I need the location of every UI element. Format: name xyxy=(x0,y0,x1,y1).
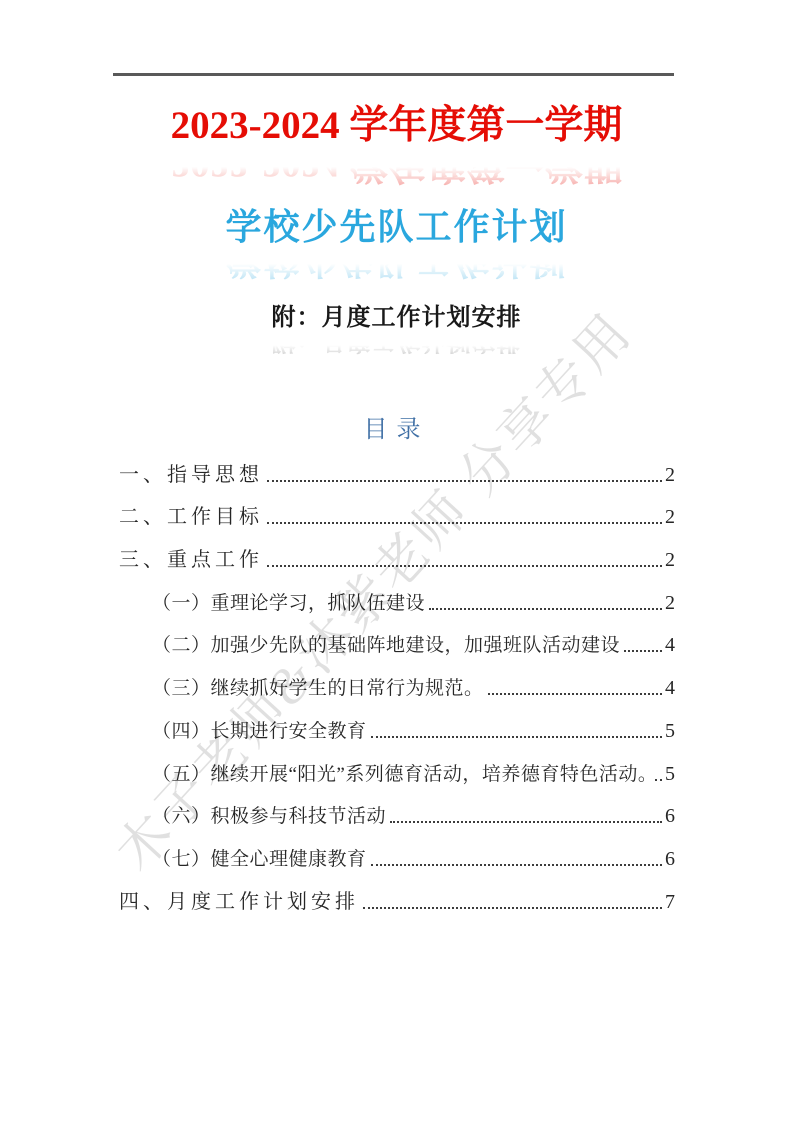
toc-entry[interactable]: （五）继续开展“阳光”系列德育活动，培养德育特色活动。 5 xyxy=(119,745,675,788)
toc-entry-label: （七）健全心理健康教育 xyxy=(152,846,367,873)
toc-entry[interactable]: 四、月度工作计划安排 7 xyxy=(119,873,675,916)
term-title-block: 2023-2024 学年度第一学期 2023-2024 学年度第一学期 xyxy=(0,103,793,186)
toc-entry-page: 6 xyxy=(665,803,675,830)
toc-dot-leader xyxy=(371,736,662,738)
toc-list: 一、指导思想 2 二、工作目标 2 三、重点工作 2 （一）重理论学习，抓队伍建… xyxy=(119,446,675,916)
attachment-note-block: 附：月度工作计划安排 附：月度工作计划安排 xyxy=(0,304,793,355)
toc-entry-label: （四）长期进行安全教育 xyxy=(152,718,367,745)
toc-dot-leader xyxy=(267,565,662,567)
toc-entry-page: 4 xyxy=(665,632,675,659)
toc-entry-page: 4 xyxy=(665,675,675,702)
toc-dot-leader xyxy=(267,522,662,524)
toc-entry[interactable]: （二）加强少先队的基础阵地建设，加强班队活动建设 4 xyxy=(119,617,675,660)
toc-entry-page: 2 xyxy=(665,590,675,617)
toc-entry[interactable]: （一）重理论学习，抓队伍建设 2 xyxy=(119,574,675,617)
toc-entry-label: 三、重点工作 xyxy=(119,547,263,574)
toc-entry-label: （二）加强少先队的基础阵地建设，加强班队活动建设 xyxy=(152,632,620,659)
toc-entry[interactable]: （三）继续抓好学生的日常行为规范。 4 xyxy=(119,659,675,702)
toc-entry-page: 6 xyxy=(665,846,675,873)
toc-entry-page: 2 xyxy=(665,462,675,489)
toc-entry[interactable]: 三、重点工作 2 xyxy=(119,531,675,574)
toc-entry-label: 二、工作目标 xyxy=(119,504,263,531)
toc-entry-label: 一、指导思想 xyxy=(119,462,263,489)
attachment-note-reflection: 附：月度工作计划安排 xyxy=(0,326,793,354)
toc-entry-label: （六）积极参与科技节活动 xyxy=(152,803,386,830)
toc-entry-page: 2 xyxy=(665,547,675,574)
toc-entry-page: 2 xyxy=(665,504,675,531)
term-title-reflection: 2023-2024 学年度第一学期 xyxy=(0,140,793,186)
toc-dot-leader xyxy=(363,907,662,909)
toc-dot-leader xyxy=(624,650,662,652)
document-page: 木子老师&沐紫老师 分享专用 2023-2024 学年度第一学期 2023-20… xyxy=(0,0,793,1122)
toc-dot-leader xyxy=(488,693,662,695)
toc-entry-label: （三）继续抓好学生的日常行为规范。 xyxy=(152,675,484,702)
toc-dot-leader xyxy=(429,608,662,610)
toc-entry[interactable]: 二、工作目标 2 xyxy=(119,489,675,532)
toc-entry[interactable]: 一、指导思想 2 xyxy=(119,446,675,489)
toc-entry-page: 5 xyxy=(665,761,675,788)
toc-dot-leader xyxy=(267,480,662,482)
toc-dot-leader xyxy=(655,779,662,781)
top-horizontal-rule xyxy=(113,73,674,76)
toc-entry[interactable]: （四）长期进行安全教育 5 xyxy=(119,702,675,745)
toc-heading: 目录 xyxy=(0,409,793,444)
toc-entry[interactable]: （七）健全心理健康教育 6 xyxy=(119,830,675,873)
toc-entry-label: （一）重理论学习，抓队伍建设 xyxy=(152,590,425,617)
toc-entry[interactable]: （六）积极参与科技节活动 6 xyxy=(119,788,675,831)
toc-entry-label: （五）继续开展“阳光”系列德育活动，培养德育特色活动。 xyxy=(152,761,651,788)
toc-dot-leader xyxy=(371,864,662,866)
toc-entry-page: 7 xyxy=(665,889,675,916)
toc-dot-leader xyxy=(390,821,662,823)
plan-title-block: 学校少先队工作计划 学校少先队工作计划 xyxy=(0,206,793,282)
toc-entry-label: 四、月度工作计划安排 xyxy=(119,889,359,916)
toc-entry-page: 5 xyxy=(665,718,675,745)
plan-title-reflection: 学校少先队工作计划 xyxy=(0,239,793,281)
